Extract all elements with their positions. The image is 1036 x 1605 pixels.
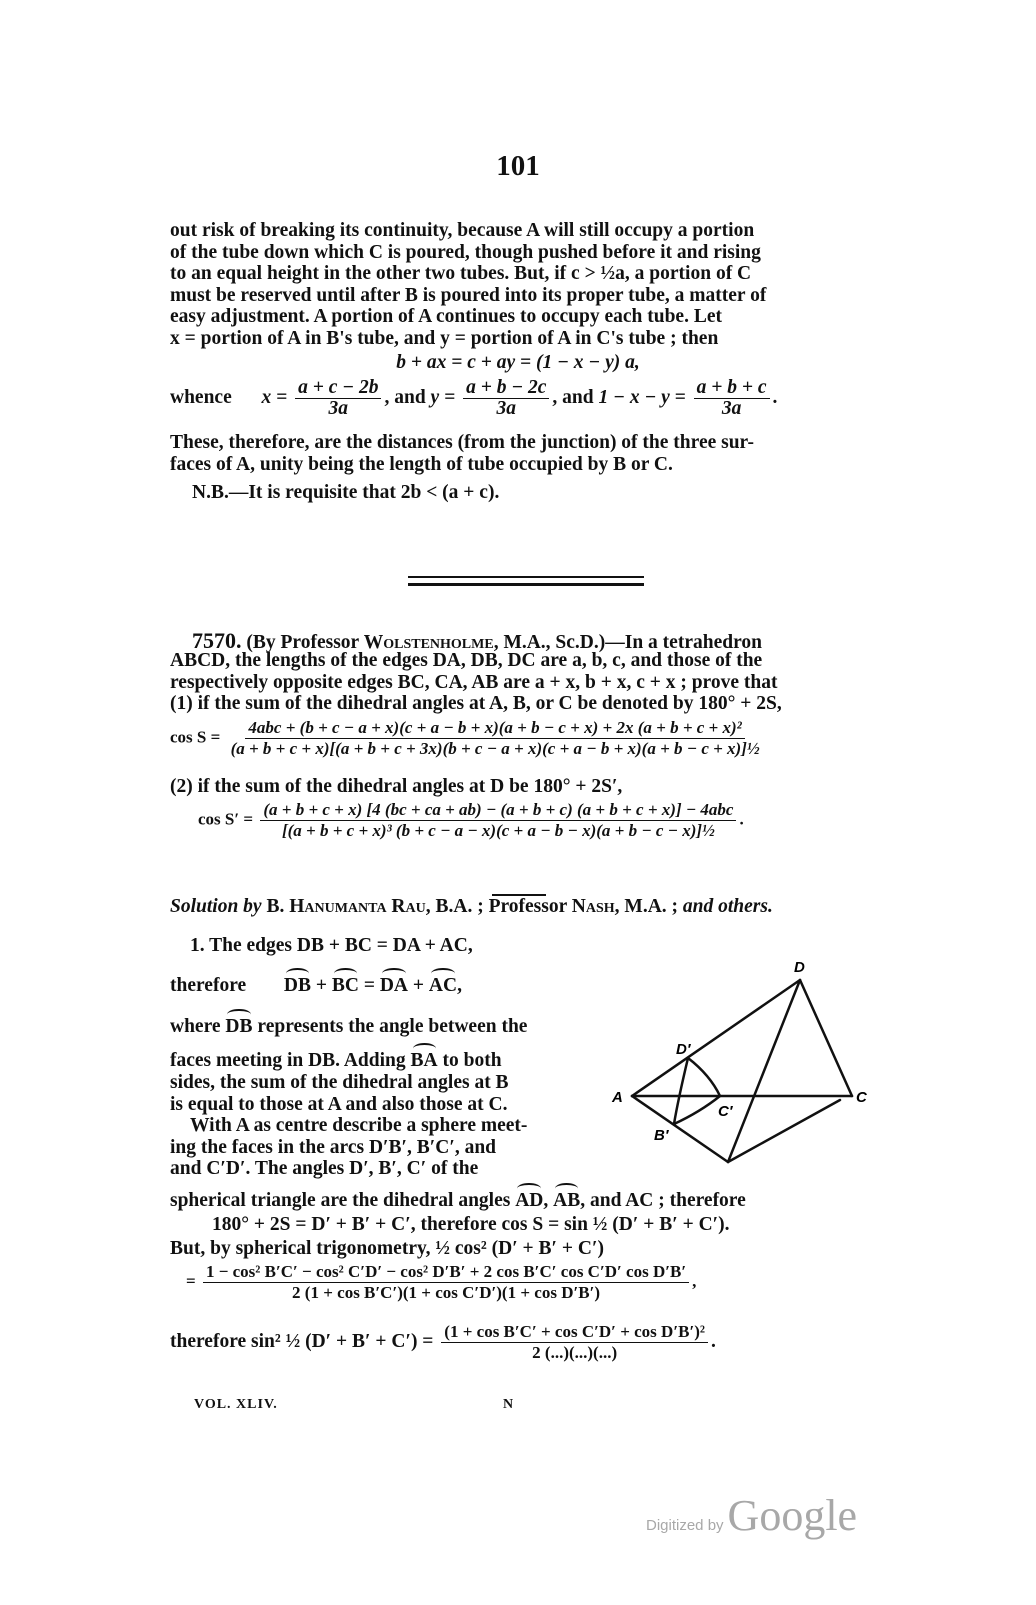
final-fraction: (1 + cos B′C′ + cos C′D′ + cos D′B′)²2 (… xyxy=(441,1322,708,1363)
section-divider xyxy=(408,576,644,586)
arc-DB: DB xyxy=(284,975,311,997)
distances-paragraph: These, therefore, are the distances (fro… xyxy=(170,432,876,475)
digitized-watermark: Digitized by Google xyxy=(646,1490,857,1541)
text-line: (1) if the sum of the dihedral angles at… xyxy=(170,693,876,715)
arc-AD: AD xyxy=(515,1190,543,1212)
trig-fraction: 1 − cos² B′C′ − cos² C′D′ − cos² D′B′ + … xyxy=(203,1262,689,1303)
intro-line: of the tube down which C is poured, thou… xyxy=(170,242,876,264)
z-fraction: a + b + c3a xyxy=(694,378,770,419)
text-line: sides, the sum of the dihedral angles at… xyxy=(170,1072,580,1094)
x-fraction: a + c − 2b3a xyxy=(295,378,381,419)
signature-mark: N xyxy=(503,1397,513,1413)
therefore-label: therefore xyxy=(170,975,246,996)
text-line: ing the faces in the arcs D′B′, B′C′, an… xyxy=(170,1137,580,1159)
cosS-equation: cos S = 4abc + (b + c − a + x)(c + a − b… xyxy=(170,718,876,759)
text-line: ABCD, the lengths of the edges DA, DB, D… xyxy=(170,650,876,672)
arc-DB: DB xyxy=(225,1016,252,1038)
final-equation: therefore sin² ½ (D′ + B′ + C′) = (1 + c… xyxy=(170,1322,876,1363)
solver-name: Nash xyxy=(572,896,615,917)
intro-line: x = portion of A in B's tube, and y = po… xyxy=(170,328,876,350)
tetrahedron-figure: D D′ A C′ C B′ B xyxy=(590,930,870,1170)
spherical-line: spherical triangle are the dihedral angl… xyxy=(170,1190,876,1212)
arc-BA: BA xyxy=(411,1050,438,1072)
z-lhs: 1 − x − y = xyxy=(599,387,686,408)
y-fraction: a + b − 2c3a xyxy=(463,378,549,419)
intro-line: to an equal height in the other two tube… xyxy=(170,263,876,285)
part2-line: (2) if the sum of the dihedral angles at… xyxy=(170,776,876,798)
arc-AC: AC xyxy=(429,975,457,997)
intro-line: easy adjustment. A portion of A continue… xyxy=(170,306,876,328)
cosS2-fraction: (a + b + c + x) [4 (bc + ca + ab) − (a +… xyxy=(260,800,736,841)
cosS2-lhs: cos S′ = xyxy=(198,809,253,828)
whence-label: whence xyxy=(170,387,232,408)
label-Bprime: B′ xyxy=(654,1127,670,1144)
label-Cprime: C′ xyxy=(718,1103,734,1120)
nb-note: N.B.—It is requisite that 2b < (a + c). xyxy=(192,482,898,504)
arc-BC: BC xyxy=(332,975,359,997)
x-lhs: x = xyxy=(262,387,288,408)
text-line: With A as centre describe a sphere meet- xyxy=(170,1115,580,1137)
arc-DA: DA xyxy=(380,975,408,997)
others-label: and others. xyxy=(683,896,773,917)
problem-statement: ABCD, the lengths of the edges DA, DB, D… xyxy=(170,650,876,715)
text-line: and C′D′. The angles D′, B′, C′ of the xyxy=(170,1158,580,1180)
label-Dprime: D′ xyxy=(676,1041,692,1058)
arc-AB: AB xyxy=(553,1190,580,1212)
solver-name: B. Hanumanta Rau xyxy=(266,896,425,917)
text-line: faces of A, unity being the length of tu… xyxy=(170,454,876,476)
y-lhs: y = xyxy=(431,387,456,408)
solution-heading: Solution by B. Hanumanta Rau, B.A. ; Pro… xyxy=(170,896,876,918)
cosS2-equation: cos S′ = (a + b + c + x) [4 (bc + ca + a… xyxy=(198,800,904,841)
spherical-trig-line: But, by spherical trigonometry, ½ cos² (… xyxy=(170,1238,876,1260)
sum-equation: 180° + 2S = D′ + B′ + C′, therefore cos … xyxy=(212,1214,918,1236)
faces-line: faces meeting in DB. Adding BA to both xyxy=(170,1050,580,1072)
text-line: These, therefore, are the distances (fro… xyxy=(170,432,876,454)
intro-line: out risk of breaking its continuity, bec… xyxy=(170,220,876,242)
intro-paragraph: out risk of breaking its continuity, bec… xyxy=(170,220,876,350)
volume-footer: VOL. XLIV. xyxy=(194,1397,278,1413)
intro-line: must be reserved until after B is poured… xyxy=(170,285,876,307)
label-D: D xyxy=(794,959,805,976)
whence-equation: whence x = a + c − 2b3a, and y = a + b −… xyxy=(170,378,876,419)
text-line: is equal to those at A and also those at… xyxy=(170,1094,580,1116)
page-number: 101 xyxy=(0,150,1036,183)
where-line: where DB represents the angle between th… xyxy=(170,1016,580,1038)
and-text: , and xyxy=(384,387,425,408)
cosS-fraction: 4abc + (b + c − a + x)(c + a − b + x)(a … xyxy=(228,718,763,759)
and-text: , and xyxy=(552,387,593,408)
sphere-paragraph: sides, the sum of the dihedral angles at… xyxy=(170,1072,580,1180)
text-line: respectively opposite edges BC, CA, AB a… xyxy=(170,672,876,694)
label-C: C xyxy=(856,1089,868,1106)
equation-b-ax: b + ax = c + ay = (1 − x − y) a, xyxy=(0,352,1036,374)
label-A: A xyxy=(611,1089,623,1106)
solution-label: Solution by xyxy=(170,896,262,917)
trig-equation: = 1 − cos² B′C′ − cos² C′D′ − cos² D′B′ … xyxy=(186,1262,892,1303)
cosS-lhs: cos S = xyxy=(170,727,220,746)
